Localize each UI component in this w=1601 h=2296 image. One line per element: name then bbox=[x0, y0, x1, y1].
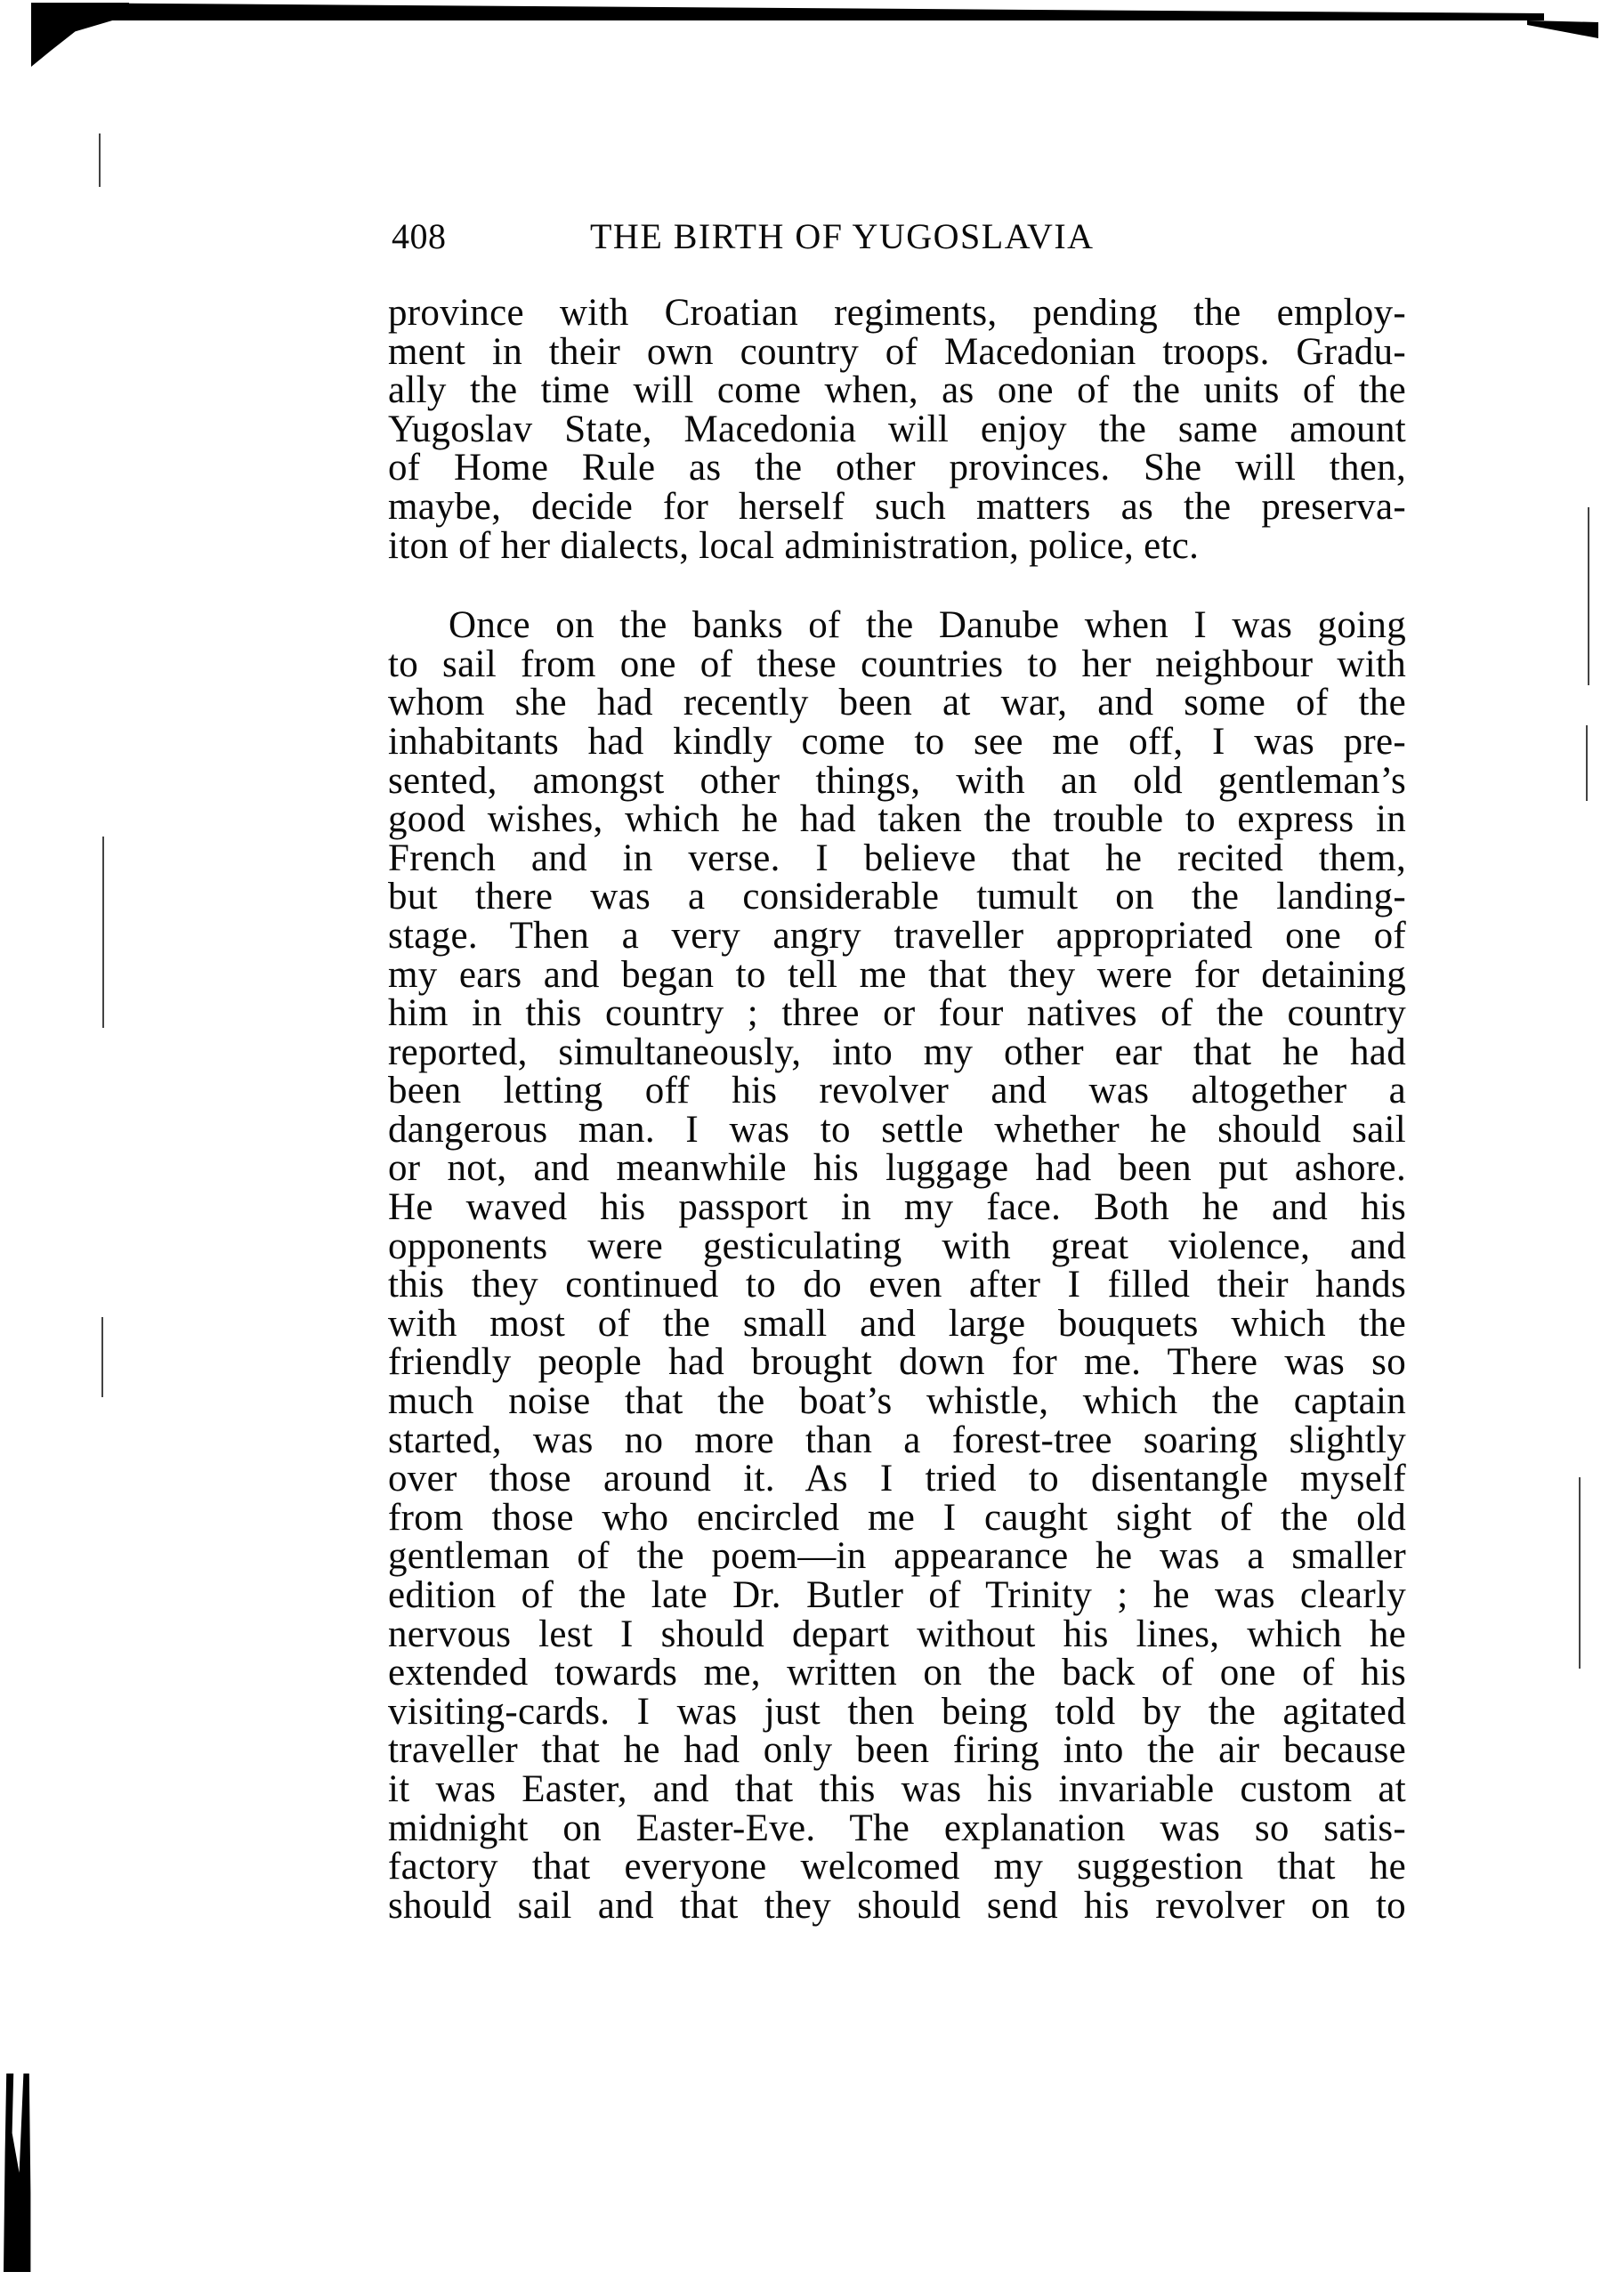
text-line: Yugoslav State, Macedonia will enjoy the… bbox=[388, 410, 1406, 449]
text-line: stage. Then a very angry traveller appro… bbox=[388, 917, 1406, 956]
text-line: been letting off his revolver and was al… bbox=[388, 1071, 1406, 1111]
body-text: province with Croatian regiments, pendin… bbox=[388, 294, 1406, 1925]
margin-mark bbox=[99, 133, 101, 187]
text-line: ment in their own country of Macedonian … bbox=[388, 333, 1406, 372]
text-line: should sail and that they should send hi… bbox=[388, 1887, 1406, 1926]
text-line: traveller that he had only been firing i… bbox=[388, 1731, 1406, 1770]
page-header: 408 THE BIRTH OF YUGOSLAVIA bbox=[392, 217, 1406, 256]
text-line: with most of the small and large bouquet… bbox=[388, 1305, 1406, 1344]
paragraph-1: province with Croatian regiments, pendin… bbox=[388, 294, 1406, 565]
text-line: to sail from one of these countries to h… bbox=[388, 645, 1406, 684]
text-line: much noise that the boat’s whistle, whic… bbox=[388, 1382, 1406, 1421]
text-line: whom she had recently been at war, and s… bbox=[388, 683, 1406, 723]
margin-mark bbox=[1586, 725, 1588, 801]
page-number: 408 bbox=[392, 217, 447, 256]
text-line: visiting-cards. I was just then being to… bbox=[388, 1693, 1406, 1732]
text-line: He waved his passport in my face. Both h… bbox=[388, 1188, 1406, 1227]
text-line: this they continued to do even after I f… bbox=[388, 1265, 1406, 1305]
text-line: Once on the banks of the Danube when I w… bbox=[388, 606, 1406, 645]
text-line: him in this country ; three or four nati… bbox=[388, 994, 1406, 1033]
text-line: ally the time will come when, as one of … bbox=[388, 371, 1406, 410]
text-line: factory that everyone welcomed my sugges… bbox=[388, 1847, 1406, 1887]
text-line: friendly people had brought down for me.… bbox=[388, 1343, 1406, 1382]
text-line: French and in verse. I believe that he r… bbox=[388, 839, 1406, 878]
margin-mark bbox=[1588, 507, 1589, 685]
text-line: of Home Rule as the other provinces. She… bbox=[388, 449, 1406, 488]
text-line: extended towards me, written on the back… bbox=[388, 1653, 1406, 1693]
scan-edge-top-right bbox=[1527, 20, 1598, 38]
text-line: my ears and began to tell me that they w… bbox=[388, 956, 1406, 995]
running-title: THE BIRTH OF YUGOSLAVIA bbox=[590, 217, 1095, 256]
text-line: from those who encircled me I caught sig… bbox=[388, 1499, 1406, 1538]
text-line: iton of her dialects, local administrati… bbox=[388, 527, 1406, 566]
paragraph-2: Once on the banks of the Danube when I w… bbox=[388, 606, 1406, 1925]
text-line: or not, and meanwhile his luggage had be… bbox=[388, 1149, 1406, 1188]
text-line: started, was no more than a forest-tree … bbox=[388, 1421, 1406, 1460]
text-line: province with Croatian regiments, pendin… bbox=[388, 294, 1406, 333]
text-line: midnight on Easter-Eve. The explanation … bbox=[388, 1809, 1406, 1848]
text-line: sented, amongst other things, with an ol… bbox=[388, 762, 1406, 801]
scan-edge-bottom-left bbox=[4, 2074, 32, 2272]
scan-edge-top-left bbox=[31, 3, 129, 67]
text-line: opponents were gesticulating with great … bbox=[388, 1227, 1406, 1266]
text-line: maybe, decide for herself such matters a… bbox=[388, 488, 1406, 527]
margin-mark bbox=[1579, 1477, 1581, 1669]
text-line: it was Easter, and that this was his inv… bbox=[388, 1770, 1406, 1809]
text-line: dangerous man. I was to settle whether h… bbox=[388, 1111, 1406, 1150]
text-line: reported, simultaneously, into my other … bbox=[388, 1033, 1406, 1072]
margin-mark bbox=[101, 1317, 103, 1397]
text-line: nervous lest I should depart without his… bbox=[388, 1615, 1406, 1654]
text-line: good wishes, which he had taken the trou… bbox=[388, 800, 1406, 839]
scan-edge-top bbox=[31, 3, 1544, 20]
text-line: but there was a considerable tumult on t… bbox=[388, 877, 1406, 917]
text-line: gentleman of the poem—in appearance he w… bbox=[388, 1537, 1406, 1576]
text-line: edition of the late Dr. Butler of Trinit… bbox=[388, 1576, 1406, 1615]
margin-mark bbox=[102, 837, 104, 1028]
text-line: over those around it. As I tried to dise… bbox=[388, 1459, 1406, 1499]
text-line: inhabitants had kindly come to see me of… bbox=[388, 723, 1406, 762]
